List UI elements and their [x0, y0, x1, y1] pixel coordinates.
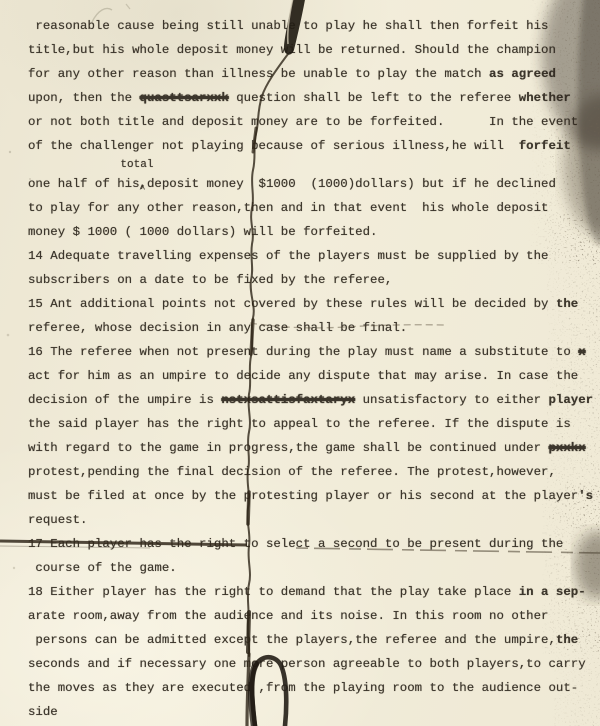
- typescript-line: 15 Ant additional points not covered by …: [28, 292, 600, 316]
- text-segment: persons can be admitted except the playe…: [28, 633, 556, 647]
- text-segment: decision of the umpire is: [28, 393, 221, 407]
- text-segment: side: [28, 705, 58, 719]
- text-segment: request.: [28, 513, 88, 527]
- text-segment: one half of his,deposit money $1000 (100…: [28, 177, 556, 191]
- typescript-line: one half of his,deposit money $1000 (100…: [28, 172, 600, 196]
- text-segment: protest,pending the final decision of th…: [28, 465, 556, 479]
- text-segment: as agreed: [489, 67, 556, 81]
- text-segment: question shall be left to the referee: [229, 91, 519, 105]
- typescript-line: seconds and if necessary one more person…: [28, 652, 600, 676]
- typescript-line: protest,pending the final decision of th…: [28, 460, 600, 484]
- text-segment: act for him as an umpire to decide any d…: [28, 369, 578, 383]
- typescript-line: or not both title and deposit money are …: [28, 110, 600, 134]
- typescript-line: with regard to the game in progress,the …: [28, 436, 600, 460]
- text-segment: the: [556, 633, 578, 647]
- text-segment: 14 Adequate travelling expenses of the p…: [28, 249, 549, 263]
- typescript-line: act for him as an umpire to decide any d…: [28, 364, 600, 388]
- typescript-line: title,but his whole deposit money will b…: [28, 38, 600, 62]
- text-segment: reasonable cause being still unable to p…: [28, 19, 549, 33]
- struck-out-word: x: [578, 345, 585, 359]
- typescript-line: side: [28, 700, 600, 724]
- typescript-line: 18 Either player has the right to demand…: [28, 580, 600, 604]
- text-segment: whether: [519, 91, 571, 105]
- text-segment: course of the game.: [28, 561, 177, 575]
- text-segment: with regard to the game in progress,the …: [28, 441, 549, 455]
- typescript-line: for any other reason than illness be una…: [28, 62, 600, 86]
- text-segment: or not both title and deposit money are …: [28, 115, 578, 129]
- typescript-line: reasonable cause being still unable to p…: [28, 14, 600, 38]
- text-segment: must be filed at once by the protesting …: [28, 489, 578, 503]
- text-segment: of the challenger not playing because of…: [28, 139, 519, 153]
- typescript-line: of the challenger not playing because of…: [28, 134, 600, 158]
- typescript-line: the said player has the right to appeal …: [28, 412, 600, 436]
- struck-out-word: nstxsattisfaxtaryx: [221, 393, 355, 407]
- text-segment: for any other reason than illness be una…: [28, 67, 489, 81]
- typescript-line: to play for any other reason,then and in…: [28, 196, 600, 220]
- text-segment: unsatisfactory to either: [355, 393, 548, 407]
- text-segment: the said player has the right to appeal …: [28, 417, 571, 431]
- struck-out-word: quasttsarxxk: [140, 91, 229, 105]
- text-segment: arate room,away from the audience and it…: [28, 609, 549, 623]
- text-segment: 18 Either player has the right to demand…: [28, 585, 519, 599]
- text-segment: referee, whose decision in any case shal…: [28, 321, 407, 335]
- text-segment: title,but his whole deposit money will b…: [28, 43, 556, 57]
- typescript-line: the moves as they are executed ,from the…: [28, 676, 600, 700]
- text-segment: the: [556, 297, 578, 311]
- text-segment: to play for any other reason,then and in…: [28, 201, 549, 215]
- text-segment: upon, then the: [28, 91, 140, 105]
- inserted-annotation-line: total: [28, 158, 600, 172]
- text-segment: 17 Each player has the right to select a…: [28, 537, 563, 551]
- insertion-caret: ^: [139, 184, 146, 196]
- typescript-line: must be filed at once by the protesting …: [28, 484, 600, 508]
- typescript-line: upon, then the quasttsarxxk question sha…: [28, 86, 600, 110]
- typescript-line: persons can be admitted except the playe…: [28, 628, 600, 652]
- typescript-line: decision of the umpire is nstxsattisfaxt…: [28, 388, 600, 412]
- typescript-line: request.: [28, 508, 600, 532]
- text-segment: subscribers on a date to be fixed by the…: [28, 273, 392, 287]
- typescript-text: reasonable cause being still unable to p…: [0, 0, 600, 724]
- text-segment: 15 Ant additional points not covered by …: [28, 297, 556, 311]
- typescript-line: referee, whose decision in any case shal…: [28, 316, 600, 340]
- typescript-line: subscribers on a date to be fixed by the…: [28, 268, 600, 292]
- text-segment: 's: [578, 489, 593, 503]
- typescript-line: money $ 1000 ( 1000 dollars) will be for…: [28, 220, 600, 244]
- scanned-typewritten-page: reasonable cause being still unable to p…: [0, 0, 600, 726]
- text-segment: 16 The referee when not present during t…: [28, 345, 578, 359]
- text-segment: money $ 1000 ( 1000 dollars) will be for…: [28, 225, 377, 239]
- typescript-line: arate room,away from the audience and it…: [28, 604, 600, 628]
- typescript-line: 16 The referee when not present during t…: [28, 340, 600, 364]
- text-segment: forfeit: [519, 139, 571, 153]
- text-segment: the moves as they are executed ,from the…: [28, 681, 578, 695]
- typescript-line: 14 Adequate travelling expenses of the p…: [28, 244, 600, 268]
- text-segment: seconds and if necessary one more person…: [28, 657, 586, 671]
- typescript-line: course of the game.: [28, 556, 600, 580]
- text-segment: player: [549, 393, 594, 407]
- text-segment: total: [28, 159, 153, 171]
- typescript-line: 17 Each player has the right to select a…: [28, 532, 600, 556]
- text-segment: in a sep-: [519, 585, 586, 599]
- struck-out-word: pxxkx: [549, 441, 586, 455]
